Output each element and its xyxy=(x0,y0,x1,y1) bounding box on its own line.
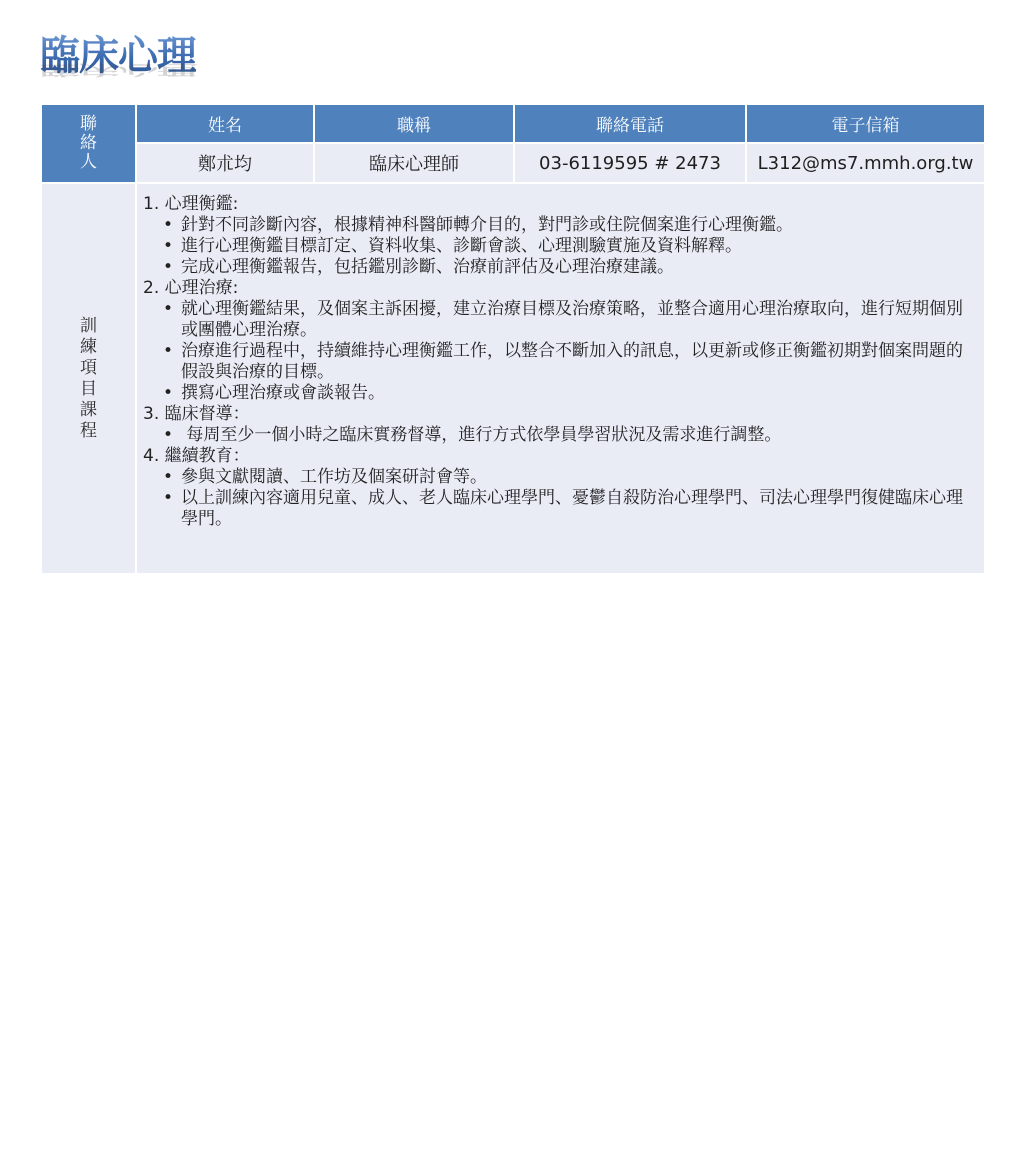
section-heading: 4. 繼續教育： xyxy=(143,446,976,467)
bullet-icon: • xyxy=(161,257,175,278)
list-item: •撰寫心理治療或會談報告。 xyxy=(161,383,976,404)
list-item: •治療進行過程中，持續維持心理衡鑑工作，以整合不斷加入的訊息，以更新或修正衡鑑初… xyxy=(161,341,976,383)
section-heading: 2. 心理治療: xyxy=(143,278,976,299)
bullet-icon: • xyxy=(161,488,175,509)
list-item-text: 以上訓練內容適用兒童、成人、老人臨床心理學門、憂鬱自殺防治心理學門、司法心理學門… xyxy=(181,488,963,529)
contact-data-row: 鄭朮均 臨床心理師 03-6119595 # 2473 L312@ms7.mmh… xyxy=(41,143,985,183)
header-job-title: 職稱 xyxy=(314,104,514,143)
list-item: • 每周至少一個小時之臨床實務督導，進行方式依學員學習狀況及需求進行調整。 xyxy=(161,425,976,446)
header-email: 電子信箱 xyxy=(746,104,985,143)
section-psychotherapy: 2. 心理治療: •就心理衡鑑結果，及個案主訴困擾，建立治療目標及治療策略，並整… xyxy=(143,278,976,404)
clinical-psychology-table: 聯 絡 人 姓名 職稱 聯絡電話 電子信箱 鄭朮均 臨床心理師 03-61195… xyxy=(40,103,986,575)
bullet-list: •針對不同診斷內容，根據精神科醫師轉介目的，對門診或住院個案進行心理衡鑑。 •進… xyxy=(143,215,976,278)
section-continuing-education: 4. 繼續教育： •參與文獻閱讀、工作坊及個案研討會等。 •以上訓練內容適用兒童… xyxy=(143,446,976,530)
contact-email: L312@ms7.mmh.org.tw xyxy=(746,143,985,183)
training-label-char: 目 xyxy=(42,379,135,400)
contact-row-label: 聯 絡 人 xyxy=(41,104,136,183)
training-label-char: 項 xyxy=(42,358,135,379)
training-label-char: 練 xyxy=(42,337,135,358)
bullet-list: • 每周至少一個小時之臨床實務督導，進行方式依學員學習狀況及需求進行調整。 xyxy=(143,425,976,446)
bullet-icon: • xyxy=(161,383,175,404)
section-psych-assessment: 1. 心理衡鑑: •針對不同診斷內容，根據精神科醫師轉介目的，對門診或住院個案進… xyxy=(143,194,976,278)
page-title-reflection: 臨床心理 xyxy=(40,61,196,78)
section-clinical-supervision: 3. 臨床督導： • 每周至少一個小時之臨床實務督導，進行方式依學員學習狀況及需… xyxy=(143,404,976,446)
bullet-icon: • xyxy=(161,215,175,236)
training-row: 訓 練 項 目 課 程 1. 心理衡鑑: •針對不同診斷內容，根據精神科醫師轉介… xyxy=(41,183,985,574)
list-item-text: 撰寫心理治療或會談報告。 xyxy=(181,383,385,403)
bullet-icon: • xyxy=(161,341,175,362)
bullet-icon: • xyxy=(161,467,175,488)
contact-label-char: 聯 xyxy=(42,115,135,134)
bullet-list: •參與文獻閱讀、工作坊及個案研討會等。 •以上訓練內容適用兒童、成人、老人臨床心… xyxy=(143,467,976,530)
contact-name: 鄭朮均 xyxy=(136,143,314,183)
contact-label-char: 絡 xyxy=(42,134,135,153)
header-name: 姓名 xyxy=(136,104,314,143)
list-item: •針對不同診斷內容，根據精神科醫師轉介目的，對門診或住院個案進行心理衡鑑。 xyxy=(161,215,976,236)
list-item: •以上訓練內容適用兒童、成人、老人臨床心理學門、憂鬱自殺防治心理學門、司法心理學… xyxy=(161,488,976,530)
training-row-label: 訓 練 項 目 課 程 xyxy=(41,183,136,574)
training-content: 1. 心理衡鑑: •針對不同診斷內容，根據精神科醫師轉介目的，對門診或住院個案進… xyxy=(136,183,985,574)
training-label-char: 課 xyxy=(42,400,135,421)
training-label-char: 程 xyxy=(42,421,135,442)
contact-phone: 03-6119595 # 2473 xyxy=(514,143,746,183)
training-label-char: 訓 xyxy=(42,316,135,337)
bullet-icon: • xyxy=(161,236,175,257)
list-item-text: 進行心理衡鑑目標訂定、資料收集、診斷會談、心理測驗實施及資料解釋。 xyxy=(181,236,742,256)
contact-header-row: 聯 絡 人 姓名 職稱 聯絡電話 電子信箱 xyxy=(41,104,985,143)
list-item: •進行心理衡鑑目標訂定、資料收集、診斷會談、心理測驗實施及資料解釋。 xyxy=(161,236,976,257)
bullet-icon: • xyxy=(161,425,175,446)
list-item-text: 完成心理衡鑑報告，包括鑑別診斷、治療前評估及心理治療建議。 xyxy=(181,257,674,277)
list-item-text: 治療進行過程中，持續維持心理衡鑑工作，以整合不斷加入的訊息，以更新或修正衡鑑初期… xyxy=(181,341,963,382)
contact-label-char: 人 xyxy=(42,153,135,172)
list-item-text: 針對不同診斷內容，根據精神科醫師轉介目的，對門診或住院個案進行心理衡鑑。 xyxy=(181,215,793,235)
list-item: •參與文獻閱讀、工作坊及個案研討會等。 xyxy=(161,467,976,488)
section-heading: 3. 臨床督導： xyxy=(143,404,976,425)
list-item-text: 就心理衡鑑結果，及個案主訴困擾，建立治療目標及治療策略，並整合適用心理治療取向，… xyxy=(181,299,963,340)
list-item: •就心理衡鑑結果，及個案主訴困擾，建立治療目標及治療策略，並整合適用心理治療取向… xyxy=(161,299,976,341)
list-item-text: 參與文獻閱讀、工作坊及個案研討會等。 xyxy=(181,467,487,487)
list-item-text: 每周至少一個小時之臨床實務督導，進行方式依學員學習狀況及需求進行調整。 xyxy=(181,425,781,445)
section-heading: 1. 心理衡鑑: xyxy=(143,194,976,215)
list-item: •完成心理衡鑑報告，包括鑑別診斷、治療前評估及心理治療建議。 xyxy=(161,257,976,278)
bullet-icon: • xyxy=(161,299,175,320)
header-phone: 聯絡電話 xyxy=(514,104,746,143)
contact-job-title: 臨床心理師 xyxy=(314,143,514,183)
bullet-list: •就心理衡鑑結果，及個案主訴困擾，建立治療目標及治療策略，並整合適用心理治療取向… xyxy=(143,299,976,404)
